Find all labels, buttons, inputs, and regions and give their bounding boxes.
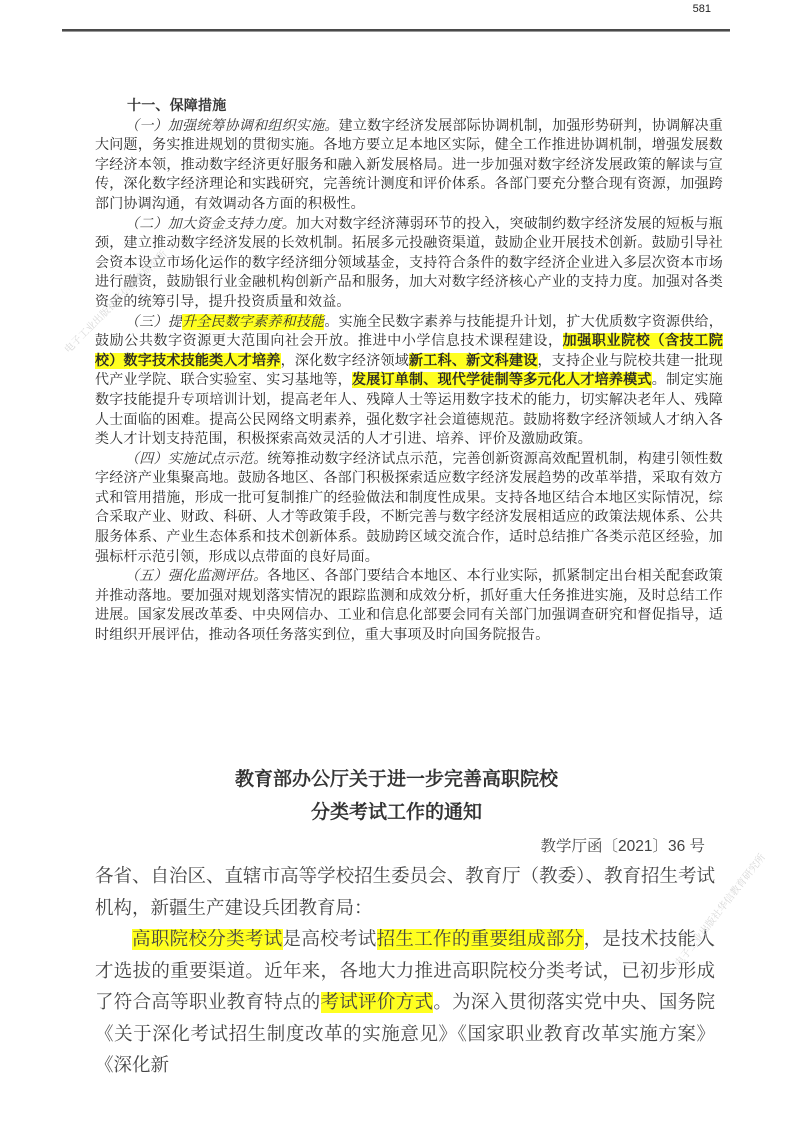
paragraph-lead: （一）加强统筹协调和组织实施。 xyxy=(125,118,339,134)
paragraph-5: （五）强化监测评估。各地区、各部门要结合本地区、本行业实际，抓紧制定出台相关配套… xyxy=(95,567,723,645)
highlighted-text: 考试评价方式 xyxy=(321,992,434,1013)
paragraph-body: 统筹推动数字经济试点示范，完善创新资源高效配置机制，构建引领性数字经济产业集聚高… xyxy=(95,451,723,565)
paragraph-3: （三）提升全民数字素养和技能。实施全民数字素养与技能提升计划，扩大优质数字资源供… xyxy=(95,313,723,450)
paragraph-lead: （三）提 xyxy=(125,314,182,330)
document-number: 教学厅函〔2021〕36 号 xyxy=(540,834,705,856)
header-rule xyxy=(62,29,730,31)
page-number: 581 xyxy=(693,3,711,15)
notice-paragraph-1: 高职院校分类考试是高校考试招生工作的重要组成部分，是技术技能人才选拔的重要渠道。… xyxy=(95,924,715,1082)
paragraph-lead: （二）加大资金支持力度。 xyxy=(125,216,296,232)
section-heading: 十一、保障措施 xyxy=(95,97,723,117)
paragraph-body: 是高校考试 xyxy=(283,929,377,950)
paragraph-4: （四）实施试点示范。统筹推动数字经济试点示范，完善创新资源高效配置机制，构建引领… xyxy=(95,450,723,568)
addressee: 各省、自治区、直辖市高等学校招生委员会、教育厅（教委）、教育招生考试机构，新疆生… xyxy=(95,861,715,924)
paragraph-lead: （五）强化监测评估。 xyxy=(125,568,267,584)
paragraph-1: （一）加强统筹协调和组织实施。建立数字经济发展部际协调机制，加强形势研判，协调解… xyxy=(95,117,723,215)
highlighted-text: 发展订单制、现代学徒制等多元化人才培养模式 xyxy=(352,372,652,388)
notice-title-line-1: 教育部办公厅关于进一步完善高职院校 xyxy=(0,764,793,791)
paragraph-2: （二）加大资金支持力度。加大对数字经济薄弱环节的投入，突破制约数字经济发展的短板… xyxy=(95,215,723,313)
notice-title-line-2: 分类考试工作的通知 xyxy=(0,797,793,824)
section-safeguard-measures: 十一、保障措施 （一）加强统筹协调和组织实施。建立数字经济发展部际协调机制，加强… xyxy=(95,97,723,646)
notice-body: 各省、自治区、直辖市高等学校招生委员会、教育厅（教委）、教育招生考试机构，新疆生… xyxy=(95,861,715,1082)
highlighted-text: 招生工作的重要组成部分 xyxy=(377,929,584,950)
paragraph-body: ，深化数字经济领域 xyxy=(281,353,409,369)
highlighted-text: 高职院校分类考试 xyxy=(132,929,283,950)
highlighted-text: 升全民数字素养和技能 xyxy=(182,314,324,330)
paragraph-lead: （四）实施试点示范。 xyxy=(125,451,267,467)
highlighted-text: 新工科、新文科建设 xyxy=(409,353,537,369)
